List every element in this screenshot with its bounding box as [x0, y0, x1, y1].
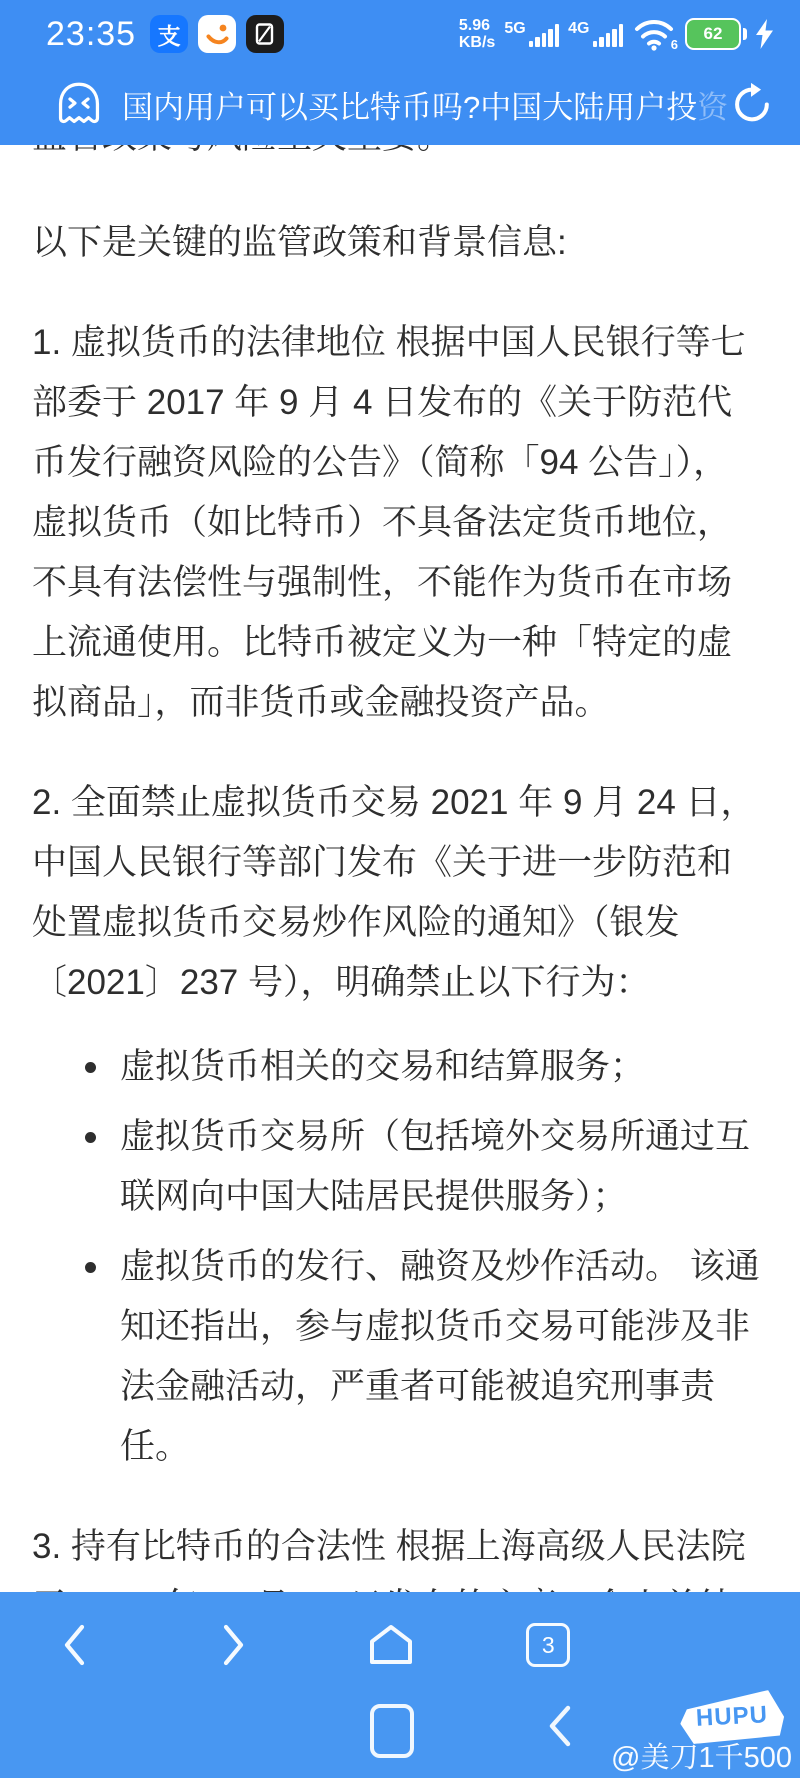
status-time: 23:35 — [46, 15, 136, 54]
status-indicators: 5.96 KB/s 5G 4G — [459, 16, 774, 52]
tabs-count-icon: 3 — [526, 1623, 570, 1667]
forward-button[interactable] — [209, 1621, 257, 1669]
article-section-1: 1. 虚拟货币的法律地位 根据中国人民银行等七部委于 2017 年 9 月 4 … — [32, 313, 762, 733]
system-menu-button[interactable] — [202, 1704, 248, 1732]
menu-button[interactable] — [682, 1621, 724, 1669]
status-bar: 23:35 支 5.96 KB/s 5G — [0, 8, 800, 60]
prohibited-actions-list: 虚拟货币相关的交易和结算服务； 虚拟货币交易所（包括境外交易所通过互联网向中国大… — [32, 1037, 762, 1477]
list-item: 虚拟货币交易所（包括境外交易所通过互联网向中国大陆居民提供服务）； — [120, 1107, 762, 1227]
article-section-2: 2. 全面禁止虚拟货币交易 2021 年 9 月 24 日，中国人民银行等部门发… — [32, 773, 762, 1013]
browser-toolbar: 3 — [0, 1620, 800, 1670]
browser-address-bar[interactable]: 国内用户可以买比特币吗?中国大陆用户投资 — [0, 68, 800, 140]
refresh-button[interactable] — [728, 81, 774, 127]
signal-bars-icon — [593, 24, 624, 47]
system-back-button[interactable] — [542, 1704, 578, 1748]
charging-icon — [756, 19, 774, 49]
back-button[interactable] — [51, 1621, 99, 1669]
article-intro: 以下是关键的监管政策和背景信息: — [32, 213, 762, 273]
wifi-icon: 6 — [632, 16, 676, 52]
page-title-faded-char: 资 — [697, 90, 728, 125]
phone-app-icon — [198, 15, 236, 53]
tabs-button[interactable]: 3 — [524, 1621, 572, 1669]
list-item: 虚拟货币的发行、融资及炒作活动。 该通知还指出，参与虚拟货币交易可能涉及非法金融… — [120, 1237, 762, 1477]
page-title: 国内用户可以买比特币吗?中国大陆用户投资 — [122, 82, 728, 127]
system-home-button[interactable] — [370, 1704, 414, 1758]
list-item: 虚拟货币相关的交易和结算服务； — [120, 1037, 762, 1097]
alipay-icon: 支 — [150, 15, 188, 53]
ghost-icon — [52, 77, 106, 131]
network-speed: 5.96 KB/s — [459, 17, 495, 51]
rounded-square-icon — [370, 1704, 414, 1758]
status-app-icons: 支 — [150, 15, 284, 53]
article-body: 监管政策与风险至关重要。 以下是关键的监管政策和背景信息: 1. 虚拟货币的法律… — [0, 145, 800, 1697]
battery-icon: 62 — [685, 18, 747, 50]
tab-count: 3 — [542, 1632, 555, 1659]
watermark-handle: @美刀1千500 — [611, 1735, 792, 1776]
bottom-bars: 3 HUPU @美刀1千500 — [0, 1592, 800, 1778]
battery-percent: 62 — [704, 24, 723, 44]
top-header: 23:35 支 5.96 KB/s 5G — [0, 0, 800, 145]
home-button[interactable] — [367, 1621, 415, 1669]
screen-app-icon — [246, 15, 284, 53]
signal-bars-icon — [529, 24, 560, 47]
signal-5g: 5G — [504, 21, 559, 47]
clipped-text-line: 监管政策与风险至关重要。 — [32, 145, 762, 167]
signal-4g: 4G — [568, 21, 623, 47]
wifi6-label: 6 — [671, 37, 678, 52]
